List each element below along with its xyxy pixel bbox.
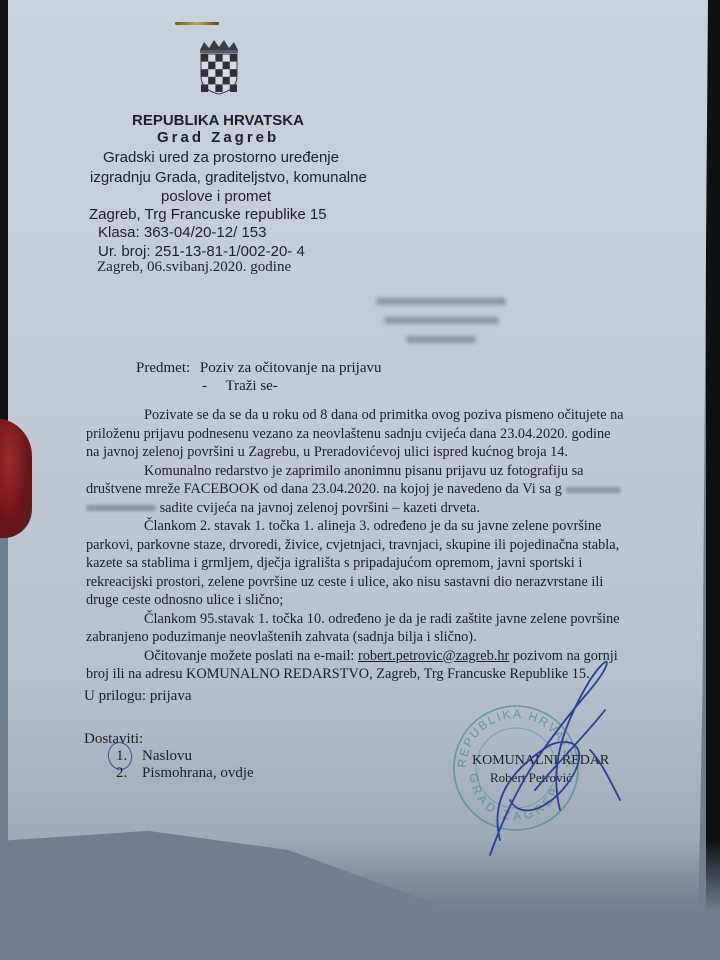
office-line-1: Gradski ured za prostorno uređenje xyxy=(103,149,339,166)
klasa-number: Klasa: 363-04/20-12/ 153 xyxy=(98,224,266,241)
delivery-item: 1.Naslovu xyxy=(116,748,254,765)
subject-text: Poziv za očitovanje na prijavu xyxy=(200,360,382,376)
country-name: REPUBLIKA HRVATSKA xyxy=(132,112,304,129)
subject-block: Predmet: Poziv za očitovanje na prijavu … xyxy=(136,360,382,377)
report-text-2: sadite cvijeća na javnoj zelenoj površin… xyxy=(160,500,480,516)
delivery-list: 1.Naslovu 2.Pismohrana, ovdje xyxy=(116,748,254,782)
paragraph-report: Komunalno redarstvo je zaprimilo anonimn… xyxy=(86,462,626,518)
paragraph-invitation: Pozivate se da se da u roku od 8 dana od… xyxy=(86,406,626,462)
office-line-3: poslove i promet xyxy=(161,188,271,205)
recipient-address-redacted xyxy=(376,298,526,355)
report-text: Komunalno redarstvo je zaprimilo anonimn… xyxy=(86,463,584,498)
subject-label: Predmet: xyxy=(136,360,190,376)
pin-icon xyxy=(175,22,219,25)
redacted-name xyxy=(565,487,621,493)
attachment-note: U prilogu: prijava xyxy=(84,688,191,705)
handwritten-signature-icon xyxy=(440,650,640,870)
ur-broj-number: Ur. broj: 251-13-81-1/002-20- 4 xyxy=(98,243,305,260)
background-edge-right xyxy=(706,0,720,960)
subject-subtext: - Traži se- xyxy=(202,378,278,395)
redacted-name-2 xyxy=(86,505,156,511)
city-name: Grad Zagreb xyxy=(157,129,279,146)
paragraph-article-95: Člankom 95.stavak 1. točka 10. određeno … xyxy=(86,610,626,647)
background-edge-left xyxy=(0,0,9,430)
letter-body: Pozivate se da se da u roku od 8 dana od… xyxy=(86,406,626,684)
office-address: Zagreb, Trg Francuske republike 15 xyxy=(89,206,327,223)
croatian-coat-of-arms-icon xyxy=(196,38,242,96)
document-date: Zagreb, 06.svibanj.2020. godine xyxy=(97,259,291,276)
paragraph-article-2: Člankom 2. stavak 1. točka 1. alineja 3.… xyxy=(86,517,626,610)
response-text: Očitovanje možete poslati na e-mail: xyxy=(144,648,354,664)
office-line-2: izgradnju Grada, graditeljstvo, komunaln… xyxy=(90,169,367,186)
delivery-item: 2.Pismohrana, ovdje xyxy=(116,765,254,782)
